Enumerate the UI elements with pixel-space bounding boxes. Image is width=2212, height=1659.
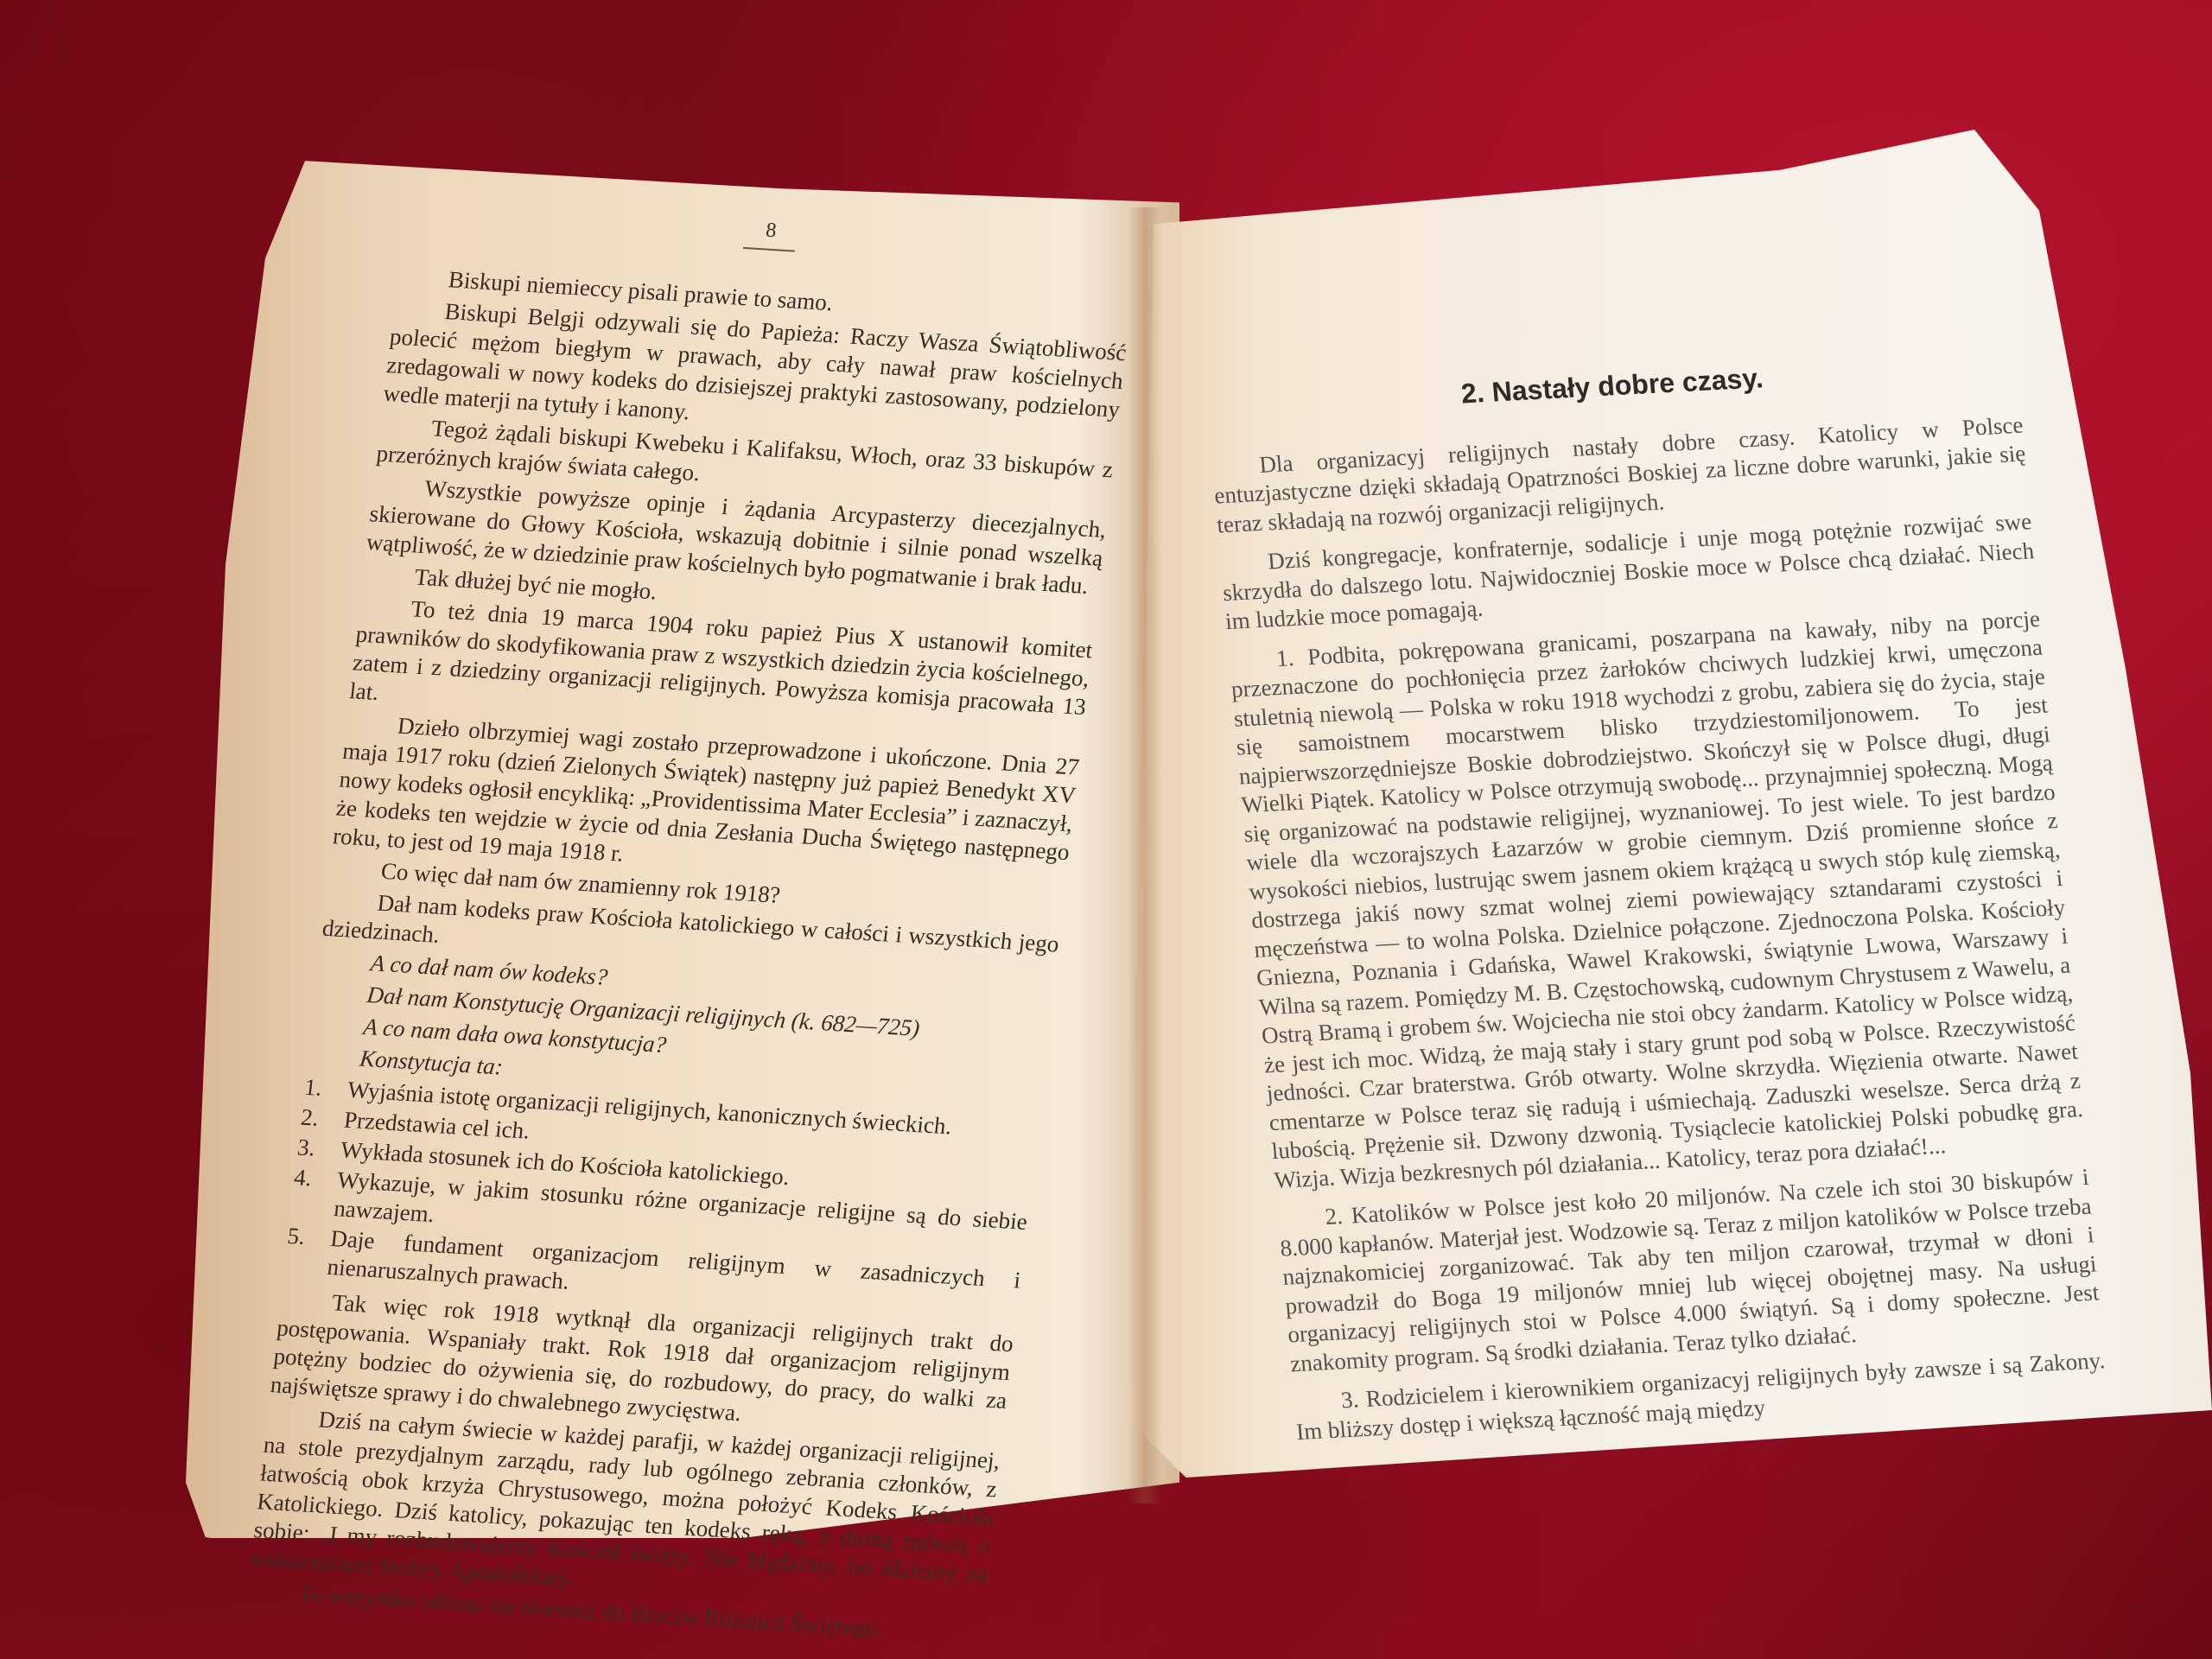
- paragraph: 2. Katolików w Polsce jest koło 20 miljo…: [1276, 1163, 2102, 1379]
- page-number: 8: [743, 215, 798, 251]
- open-book: 8 Biskupi niemieccy pisali prawie to sam…: [0, 0, 2212, 1659]
- constitution-points-list: 1. Wyjaśnia istotę organizacji religijny…: [283, 1073, 1039, 1324]
- list-number: 1.: [302, 1073, 332, 1103]
- list-number: 5.: [283, 1222, 315, 1280]
- right-page-text: 2. Nastały dobre czasy. Dla organizacyj …: [1205, 351, 2109, 1457]
- list-number: 2.: [299, 1103, 328, 1134]
- paragraph: 1. Podbita, pokrępowana granicami, posza…: [1228, 604, 2087, 1195]
- list-number: 4.: [289, 1163, 321, 1221]
- book-spine: [1128, 207, 1162, 1503]
- list-number: 3.: [296, 1133, 325, 1163]
